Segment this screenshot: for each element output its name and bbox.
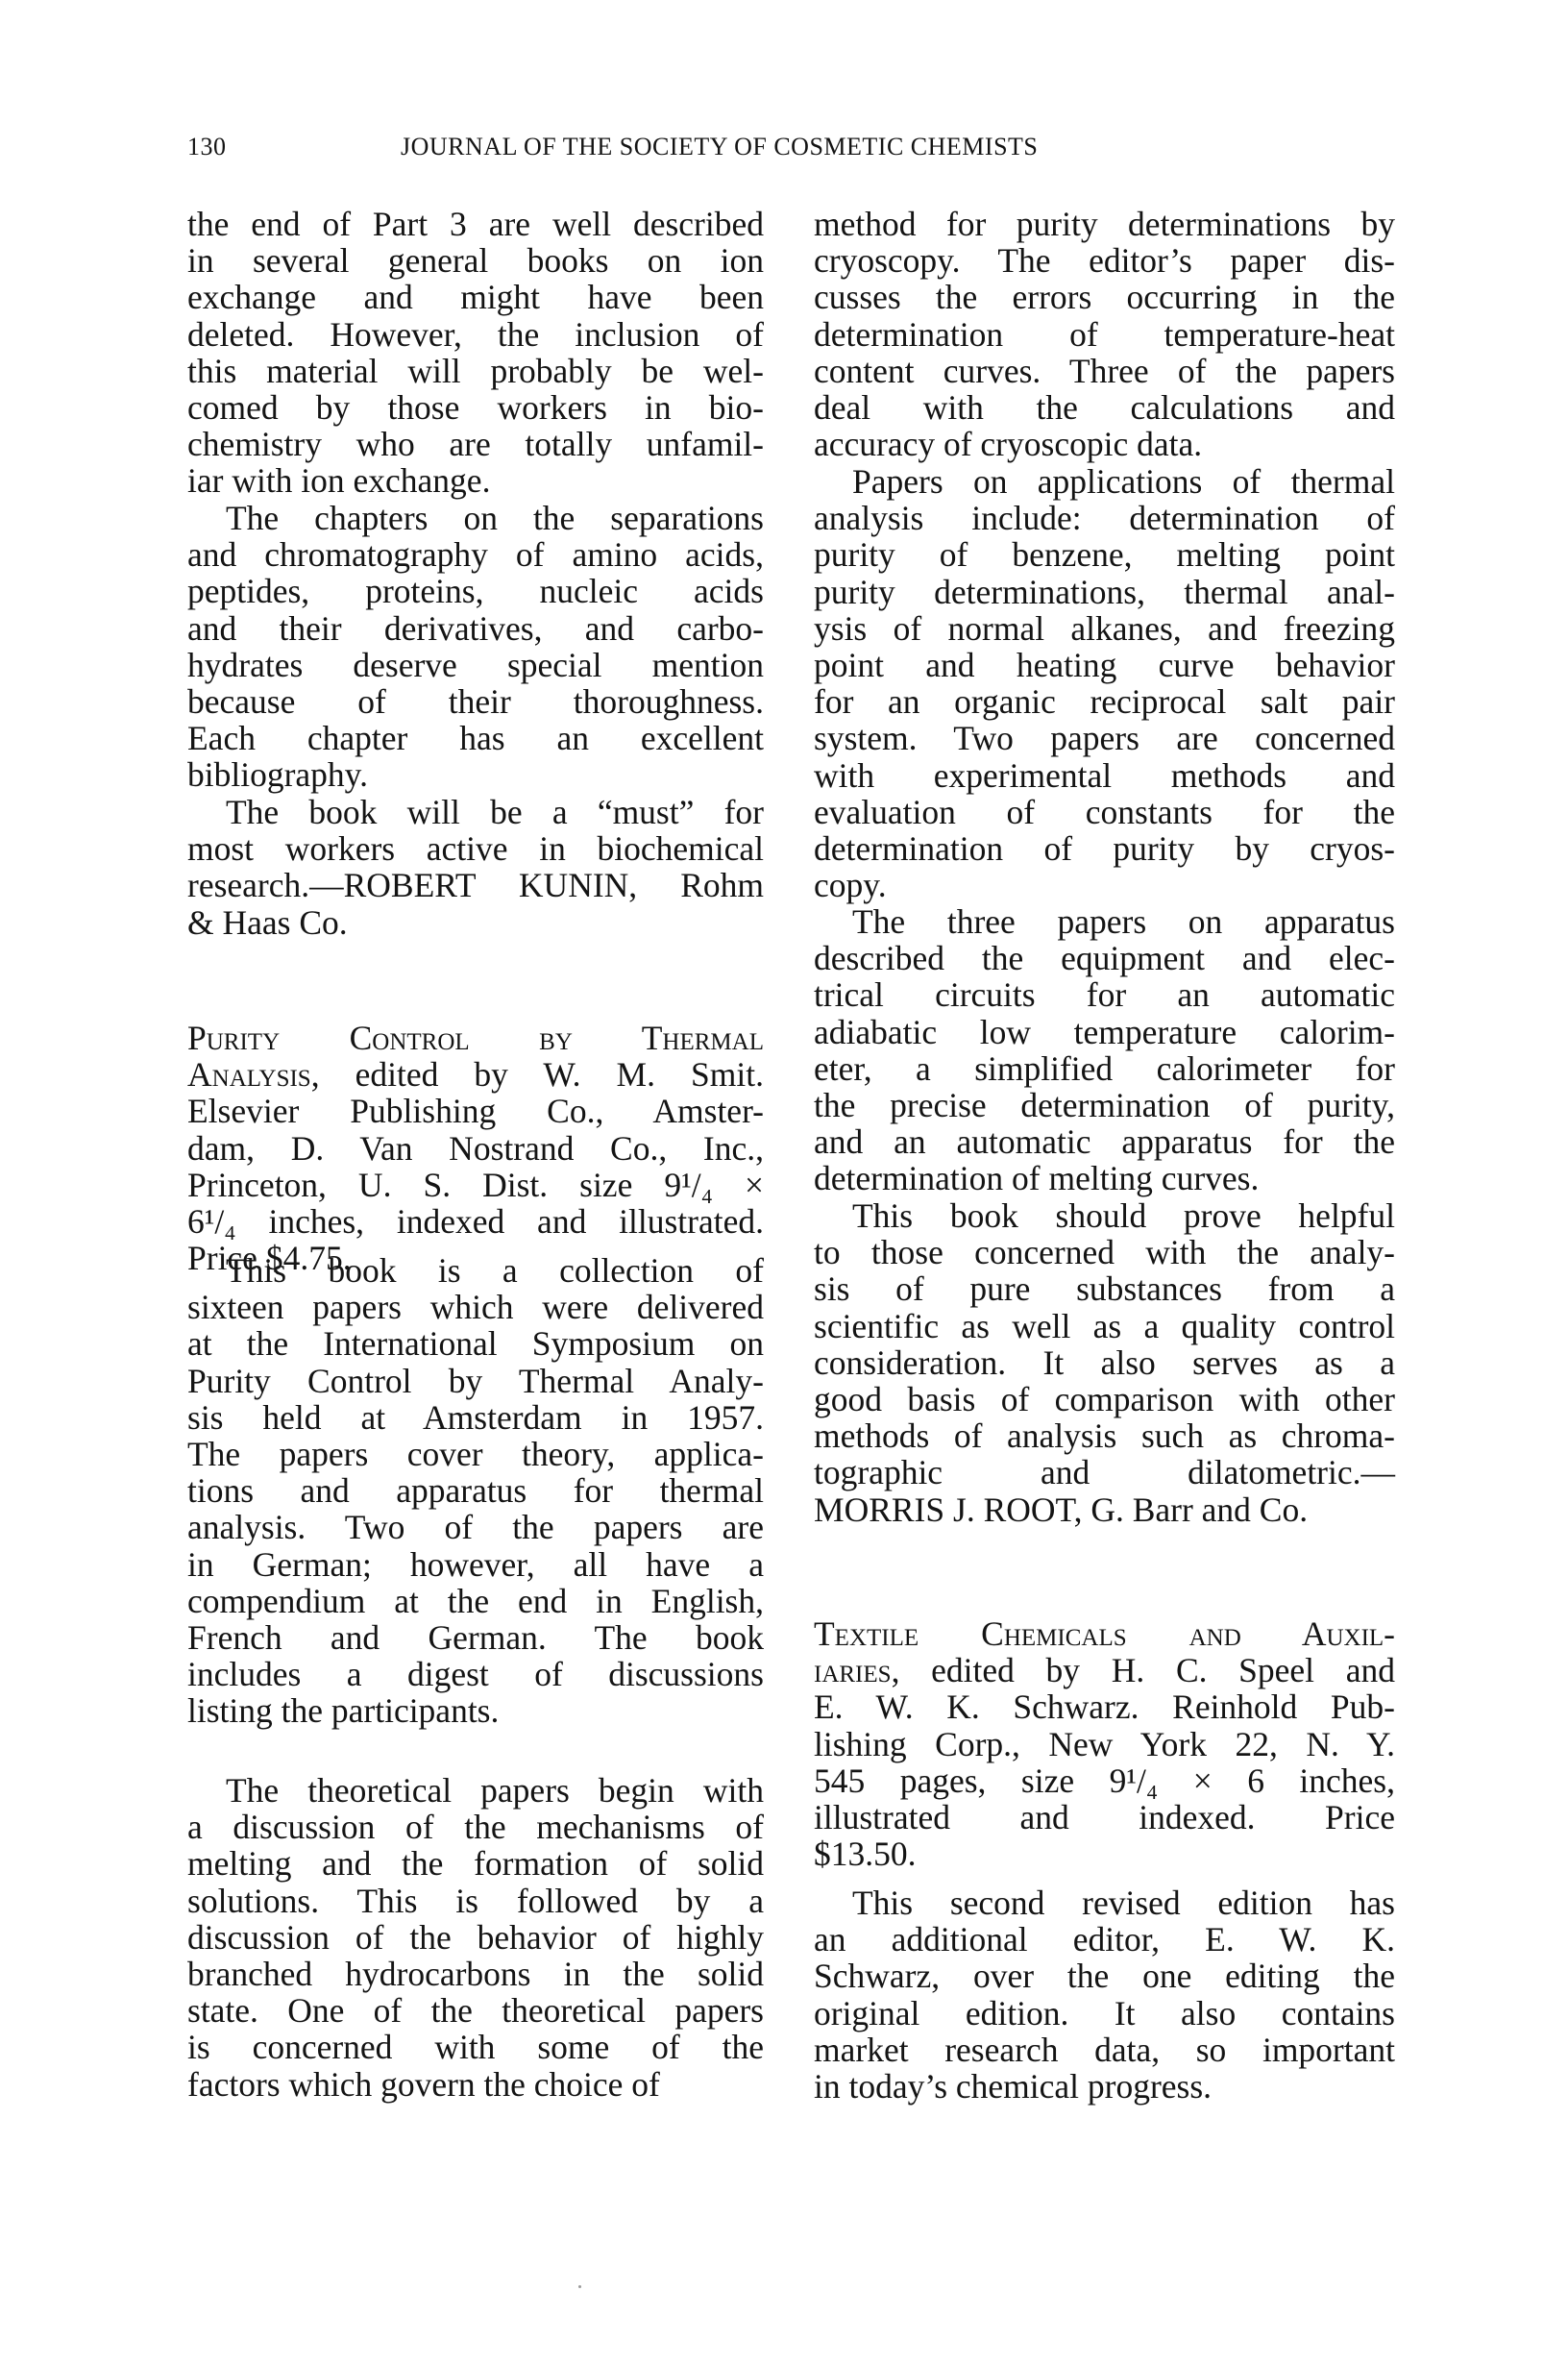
text-line: eter, a simplified calorimeter for <box>814 1050 1395 1087</box>
text-line: listing the participants. <box>187 1692 764 1729</box>
text-line: adiabatic low temperature calorim- <box>814 1014 1395 1050</box>
text-line: scientific as well as a quality control <box>814 1308 1395 1344</box>
text-line: market research data, so important <box>814 2032 1395 2068</box>
text-line: comed by those workers in bio- <box>187 389 764 426</box>
text-line: in several general books on ion <box>187 242 764 279</box>
text-line: The three papers on apparatus <box>814 903 1395 940</box>
text-line: The papers cover theory, applica- <box>187 1436 764 1472</box>
scan-speck <box>578 2285 581 2288</box>
book-citation-line: iaries, edited by H. C. Speel and <box>814 1652 1395 1688</box>
book-citation-line: Princeton, U. S. Dist. size 9¹/₄ × <box>187 1167 764 1203</box>
text-line: original edition. It also contains <box>814 1995 1395 2032</box>
text-line: branched hydrocarbons in the solid <box>187 1956 764 1992</box>
text-line: compendium at the end in English, <box>187 1583 764 1619</box>
text-line: is concerned with some of the <box>187 2029 764 2065</box>
text-line: analysis. Two of the papers are <box>187 1509 764 1545</box>
text-line: hydrates deserve special mention <box>187 647 764 683</box>
text-line: state. One of the theoretical papers <box>187 1992 764 2029</box>
text-line: most workers active in biochemical <box>187 830 764 867</box>
text-line: melting and the formation of solid <box>187 1845 764 1882</box>
text-line: a discussion of the mechanisms of <box>187 1809 764 1845</box>
book-citation-line: E. W. K. Schwarz. Reinhold Pub- <box>814 1688 1395 1725</box>
text-line: in today’s chemical progress. <box>814 2068 1395 2105</box>
text-line: The chapters on the separations <box>187 500 764 536</box>
text-line: exchange and might have been <box>187 279 764 315</box>
text-line: purity of benzene, melting point <box>814 536 1395 573</box>
text-line: content curves. Three of the papers <box>814 353 1395 389</box>
book-citation-line: Analysis, edited by W. M. Smit. <box>187 1056 764 1093</box>
text-line: point and heating curve behavior <box>814 647 1395 683</box>
text-line: consideration. It also serves as a <box>814 1344 1395 1381</box>
text-line: because of their thoroughness. <box>187 683 764 720</box>
text-line: methods of analysis such as chroma- <box>814 1417 1395 1454</box>
text-line: sixteen papers which were delivered <box>187 1289 764 1325</box>
text-line: Schwarz, over the one editing the <box>814 1958 1395 1994</box>
text-line: accuracy of cryoscopic data. <box>814 426 1395 462</box>
text-line: solutions. This is followed by a <box>187 1883 764 1919</box>
running-head: JOURNAL OF THE SOCIETY OF COSMETIC CHEMI… <box>401 133 1038 161</box>
text-line: Papers on applications of thermal <box>814 463 1395 500</box>
text-line: MORRIS J. ROOT, G. Barr and Co. <box>814 1491 1395 1528</box>
text-line: cusses the errors occurring in the <box>814 279 1395 315</box>
text-line: This book is a collection of <box>187 1252 764 1289</box>
text-line: at the International Symposium on <box>187 1325 764 1362</box>
text-line: tographic and dilatometric.— <box>814 1454 1395 1490</box>
text-line: trical circuits for an automatic <box>814 976 1395 1013</box>
text-line: the end of Part 3 are well described <box>187 206 764 242</box>
book-citation-line: Textile Chemicals and Auxil- <box>814 1615 1395 1652</box>
text-line: determination of temperature-heat <box>814 316 1395 353</box>
text-line: an additional editor, E. W. K. <box>814 1921 1395 1958</box>
text-line: system. Two papers are concerned <box>814 720 1395 756</box>
text-line: with experimental methods and <box>814 757 1395 794</box>
text-line: sis of pure substances from a <box>814 1270 1395 1307</box>
book-citation-line: dam, D. Van Nostrand Co., Inc., <box>187 1130 764 1167</box>
text-line: method for purity determinations by <box>814 206 1395 242</box>
text-line: purity determinations, thermal anal- <box>814 574 1395 610</box>
page-number: 130 <box>187 133 227 161</box>
text-line: determination of melting curves. <box>814 1160 1395 1196</box>
text-line: and their derivatives, and carbo- <box>187 610 764 647</box>
text-line: factors which govern the choice of <box>187 2066 764 2103</box>
text-line: copy. <box>814 867 1395 903</box>
text-line: The book will be a “must” for <box>187 794 764 830</box>
text-line: This second revised edition has <box>814 1885 1395 1921</box>
text-line: the precise determination of purity, <box>814 1087 1395 1123</box>
text-line: deal with the calculations and <box>814 389 1395 426</box>
text-line: This book should prove helpful <box>814 1197 1395 1234</box>
text-line: Each chapter has an excellent <box>187 720 764 756</box>
text-line: bibliography. <box>187 756 764 793</box>
text-line: determination of purity by cryos- <box>814 830 1395 867</box>
text-line: includes a digest of discussions <box>187 1656 764 1692</box>
text-line: deleted. However, the inclusion of <box>187 316 764 353</box>
book-citation-line: illustrated and indexed. Price <box>814 1799 1395 1835</box>
book-citation-line: lishing Corp., New York 22, N. Y. <box>814 1726 1395 1762</box>
text-line: peptides, proteins, nucleic acids <box>187 573 764 609</box>
book-citation-line: Purity Control by Thermal <box>187 1020 764 1056</box>
book-citation-line: 545 pages, size 9¹/₄ × 6 inches, <box>814 1762 1395 1799</box>
text-line: chemistry who are totally unfamil- <box>187 426 764 462</box>
text-line: good basis of comparison with other <box>814 1381 1395 1417</box>
text-line: in German; however, all have a <box>187 1546 764 1583</box>
text-line: Purity Control by Thermal Analy- <box>187 1363 764 1399</box>
text-line: for an organic reciprocal salt pair <box>814 683 1395 720</box>
text-line: analysis include: determination of <box>814 500 1395 536</box>
text-line: evaluation of constants for the <box>814 794 1395 830</box>
text-line: research.—ROBERT KUNIN, Rohm <box>187 867 764 903</box>
text-line: ysis of normal alkanes, and freezing <box>814 610 1395 647</box>
text-line: tions and apparatus for thermal <box>187 1472 764 1509</box>
text-line: described the equipment and elec- <box>814 940 1395 976</box>
text-line: iar with ion exchange. <box>187 462 764 499</box>
book-citation-line: $13.50. <box>814 1835 1395 1872</box>
book-citation-line: Elsevier Publishing Co., Amster- <box>187 1093 764 1129</box>
text-line: to those concerned with the analy- <box>814 1234 1395 1270</box>
text-line: sis held at Amsterdam in 1957. <box>187 1399 764 1436</box>
text-line: discussion of the behavior of highly <box>187 1919 764 1956</box>
book-citation-line: 6¹/₄ inches, indexed and illustrated. <box>187 1203 764 1240</box>
text-line: this material will probably be wel- <box>187 353 764 389</box>
text-line: & Haas Co. <box>187 904 764 941</box>
text-line: and chromatography of amino acids, <box>187 536 764 573</box>
text-line: The theoretical papers begin with <box>187 1772 764 1809</box>
text-line: cryoscopy. The editor’s paper dis- <box>814 242 1395 279</box>
text-line: French and German. The book <box>187 1619 764 1656</box>
text-line: and an automatic apparatus for the <box>814 1123 1395 1160</box>
